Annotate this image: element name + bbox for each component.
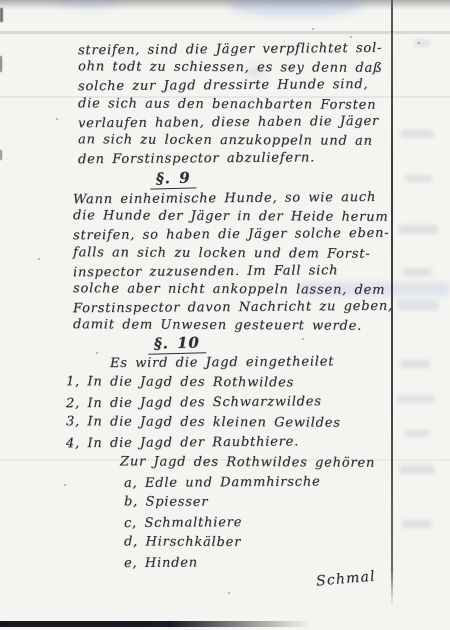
manuscript-line: falls an sich zu locken und dem Forst- [73, 245, 393, 265]
bleedthrough-smudge [405, 175, 433, 182]
list-item: d, Hirschkälber [124, 534, 375, 555]
manuscript-line: an sich zu locken anzukoppeln und an [78, 132, 383, 152]
manuscript-line: inspector zuzusenden. Im Fall sich [73, 262, 393, 283]
list-item: 4, In die Jagd der Raubthiere. [66, 434, 375, 456]
ink-speck [96, 352, 98, 354]
scan-streak-line [0, 31, 450, 34]
manuscript-line: streifen, sind die Jäger verpflichtet so… [78, 41, 383, 62]
ink-speck [38, 258, 40, 260]
bleedthrough-smudge [400, 130, 434, 138]
manuscript-line: solche aber nicht ankoppeln lassen, dem [73, 281, 393, 301]
list-item: 2, In die Jagd des Schwarzwildes [66, 394, 375, 416]
manuscript-line: den Forstinspector abzuliefern. [78, 150, 383, 171]
bleedthrough-smudge [400, 360, 430, 368]
manuscript-line: solche zur Jagd dressirte Hunde sind, [78, 77, 383, 98]
list-item: b, Spiesser [124, 494, 375, 515]
scan-edge-mark [0, 8, 3, 22]
bleedthrough-smudge [404, 430, 430, 437]
bleedthrough-smudge [397, 395, 435, 403]
manuscript-line: verlaufen haben, diese haben die Jäger [78, 114, 383, 135]
ink-speck [228, 592, 230, 594]
bleedthrough-smudge [397, 300, 439, 310]
ink-speck [312, 28, 314, 30]
manuscript-line: streifen, so haben die Jäger solche eben… [73, 226, 393, 247]
bleedthrough-smudge [402, 268, 432, 276]
ink-speck [56, 118, 58, 120]
manuscript-line: die sich aus den benachbarten Forsten [78, 96, 383, 116]
manuscript-line: damit dem Unwesen gesteuert werde. [73, 317, 393, 337]
scan-edge-mark [0, 150, 2, 160]
ink-speck [350, 36, 352, 38]
section-10-heading: §. 10 [148, 333, 206, 355]
bleedthrough-smudge [414, 40, 430, 46]
jagd-classification-list: Es wird die Jagd eingetheilet 1, In die … [66, 355, 375, 575]
bleedthrough-smudge [402, 520, 432, 528]
list-item: a, Edle und Dammhirsche [124, 474, 375, 496]
list-intro-line: Es wird die Jagd eingetheilet [110, 354, 375, 376]
manuscript-line: Wann einheimische Hunde, so wie auch [73, 190, 393, 211]
ink-speck [418, 42, 420, 44]
list-item: 3, In die Jagd des kleinen Gewildes [66, 414, 375, 436]
bleedthrough-smudge [399, 465, 435, 474]
section-9-heading: §. 9 [150, 168, 197, 189]
list-item: 1, In die Jagd des Rothwildes [66, 374, 375, 396]
ink-speck [302, 338, 304, 340]
section-9-paragraph: Wann einheimische Hunde, so wie auch die… [73, 191, 393, 337]
scan-edge-mark [0, 56, 2, 72]
manuscript-page: streifen, sind die Jäger verpflichtet so… [0, 0, 450, 630]
bleedthrough-smudge [398, 225, 438, 234]
opening-paragraph: streifen, sind die Jäger verpflichtet so… [78, 42, 383, 169]
sublist-intro-line: Zur Jagd des Rothwildes gehören [120, 454, 375, 475]
scan-bottom-edge [0, 621, 310, 627]
blue-smudge [228, 0, 363, 16]
list-item: c, Schmalthiere [124, 514, 375, 536]
